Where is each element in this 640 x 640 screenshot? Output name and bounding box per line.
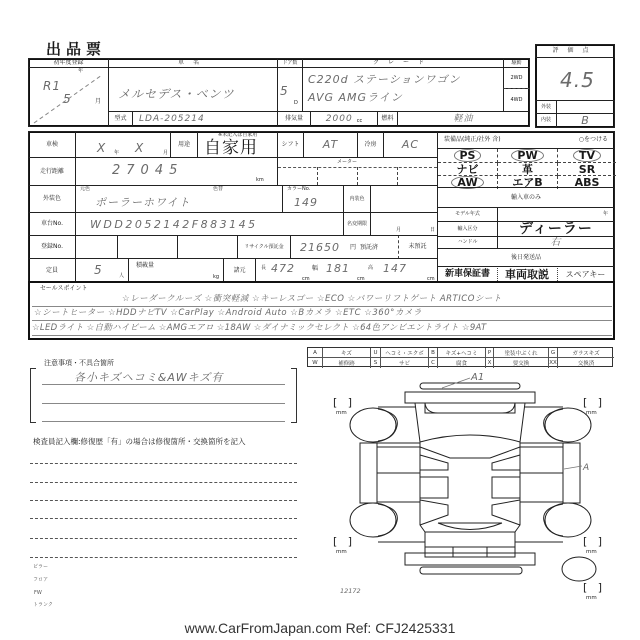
first-reg-year: R1 — [43, 80, 61, 92]
front-bumper-strip — [420, 383, 520, 389]
height-value: 147 — [383, 263, 407, 274]
registration-label: 登録No. — [28, 235, 76, 259]
legend-code: A — [308, 348, 323, 358]
damage-mark-line — [564, 466, 582, 469]
inspector-side-label: ピラー — [33, 565, 48, 570]
legend-code: X — [486, 358, 494, 368]
import-only-label: 輸入車のみ — [437, 187, 615, 208]
model-year-unit: 年 — [603, 212, 608, 217]
recycle-unit: 円 — [350, 245, 356, 251]
inspector-rule — [30, 463, 297, 464]
tread-bracket-spare: [ ] — [583, 581, 602, 594]
meter-digit-divider — [317, 167, 318, 185]
tread-unit-fr: mm — [586, 410, 597, 416]
legend-code: S — [371, 358, 381, 368]
legend-code: G — [549, 348, 558, 358]
rear-seats — [420, 477, 520, 498]
legend-label: 要交換 — [494, 358, 549, 368]
equipment-label: PW — [511, 149, 543, 162]
chassis-cell: WDD2052142F883145 — [75, 212, 344, 236]
notes-text: 各小キズヘコミ&AWキズ有 — [74, 372, 223, 383]
inspector-side-label: トランク — [33, 603, 53, 608]
legend-code: W — [308, 358, 323, 368]
exterior-color-label: 外装色 — [28, 185, 76, 213]
inspector-rule — [30, 557, 297, 558]
usage-label: 用途 — [170, 131, 198, 158]
registration-cell-3 — [177, 235, 238, 259]
equipment-label: SR — [573, 163, 601, 176]
fuel-cell: 軽油 — [397, 111, 530, 127]
chassis-label: 車台No. — [28, 212, 76, 236]
recycle-paid: 預託済 — [360, 245, 378, 251]
legend-label: サビ — [381, 358, 429, 368]
width-label: 幅 — [312, 266, 318, 272]
damage-code-legend: A キズ U ヘコミ・エクボ B キズ+ヘコミ P 塗装中ぶくれ G ガラスキズ… — [307, 347, 613, 367]
legend-label: ヘコミ・エクボ — [381, 348, 429, 358]
load-unit: kg — [213, 275, 219, 280]
meter-digit-divider — [397, 167, 398, 185]
inspector-rule — [30, 482, 297, 483]
equipment-header-label: 装備品(純正/社外 含) — [444, 137, 501, 143]
a-pillars — [415, 403, 525, 442]
recycle-label: リサイクル預託金 — [237, 235, 291, 259]
score-value: 4.5 — [560, 70, 595, 90]
model-code-cell: LDA-205214 — [132, 111, 278, 127]
legend-label: ガラスキズ — [558, 348, 614, 358]
ac-cell: AC — [383, 131, 438, 158]
legend-label: キズ — [323, 348, 371, 358]
spec-label: 諸元 — [223, 258, 256, 283]
name-change-day-unit: 日 — [430, 228, 435, 233]
equipment-label: PS — [454, 149, 482, 162]
equipment-label: 革 — [516, 163, 539, 176]
tread-bracket-rr: [ ] — [583, 535, 602, 548]
form-title: 出品票 — [46, 42, 106, 57]
notes-rule — [42, 403, 285, 404]
legend-code: C — [429, 358, 438, 368]
model-code: LDA-205214 — [139, 115, 205, 124]
equipment-item-sunroof: SR — [558, 163, 616, 176]
sales-point-rule — [32, 320, 612, 321]
legend-code: P — [486, 348, 494, 358]
first-reg-month: 5 — [63, 93, 72, 105]
interior-color-label: 内装色 — [343, 185, 371, 213]
equipment-label: TV — [573, 149, 601, 162]
import-type-label: 輸入区分 — [437, 221, 498, 237]
hood — [425, 403, 515, 413]
name-change-cell — [370, 212, 438, 236]
shift-value: AT — [323, 139, 338, 150]
equipment-instruction: ○をつける — [579, 137, 608, 143]
damage-mark-front: A1 — [470, 372, 484, 383]
equipment-item-navi: ナビ — [438, 163, 498, 176]
body-outline — [420, 442, 520, 532]
import-type-cell: ディーラー — [497, 221, 615, 237]
sales-point-line-2: ☆シートヒーター ☆HDDナビTV ☆CarPlay ☆Android Auto… — [34, 309, 422, 318]
inspector-note: 12172 — [340, 587, 361, 595]
drive-2wd: 2WD — [503, 67, 530, 89]
doors-unit: D — [294, 101, 298, 106]
legend-label: 腐食 — [438, 358, 486, 368]
interior-score-label: 内装 — [535, 113, 557, 128]
height-label: 高 — [368, 266, 373, 271]
inspector-side-label: FW — [34, 591, 42, 596]
rear-window — [438, 523, 502, 530]
rear-quarter — [420, 500, 520, 525]
tread-unit-rl: mm — [336, 549, 347, 555]
usage-value: 自家用 — [204, 140, 258, 157]
inspector-rule — [30, 518, 297, 519]
grade-line-2: AVG AMGライン — [308, 92, 403, 103]
damage-mark-right: A — [582, 463, 589, 473]
mileage-unit: km — [256, 178, 264, 183]
notes-bracket-left — [30, 368, 36, 423]
sales-point-rule — [32, 306, 612, 307]
model-code-label: 型式 — [108, 111, 133, 127]
equipment-label: ナビ — [451, 163, 485, 176]
inspection-cell — [75, 131, 171, 158]
legend-label: 交換済 — [558, 358, 614, 368]
front-seats — [420, 455, 520, 470]
interior-color-cell — [370, 185, 438, 213]
exterior-score-cell — [556, 100, 615, 114]
tread-unit-rr: mm — [586, 549, 597, 555]
wheel-rear-left-rim — [378, 504, 397, 536]
legend-code: B — [429, 348, 438, 358]
ac-label: 冷房 — [357, 131, 384, 158]
model-year-label: モデル年式 — [437, 207, 498, 222]
left-rocker — [360, 443, 377, 503]
inspector-rule — [30, 500, 297, 501]
mileage-value: 27045 — [112, 164, 183, 177]
fuel-value: 軽油 — [453, 115, 473, 124]
original-color-label: 元色 — [80, 187, 90, 192]
legend-label: 補修跡 — [323, 358, 371, 368]
drive-4wd: 4WD — [503, 88, 530, 112]
name-change-month-unit: 月 — [396, 228, 401, 233]
grade-line-1: C220d ステーションワゴン — [308, 74, 461, 85]
displacement-value: 2000 — [326, 115, 353, 124]
sales-point-line-1: ☆レーダークルーズ ☆衝突軽減 ☆キーレスゴー ☆ECO ☆パワーリフトゲート … — [122, 295, 502, 304]
recycle-unpaid: 未預託 — [398, 235, 438, 259]
wheel-front-left-rim — [378, 409, 397, 441]
inspection-month: X — [135, 142, 144, 154]
notes-rule — [42, 421, 285, 422]
inspection-label: 車検 — [28, 131, 76, 158]
right-rocker — [563, 443, 580, 503]
import-type-value: ディーラー — [519, 222, 593, 236]
tread-bracket-fr: [ ] — [583, 396, 602, 409]
footer-reference: www.CarFromJapan.com Ref: CFJ2425331 — [0, 621, 640, 635]
width-value: 181 — [326, 263, 350, 274]
sales-point-line-3: ☆LEDライト ☆自動ハイビーム ☆AMGエアロ ☆18AW ☆ダイナミックセレ… — [32, 324, 487, 333]
first-reg-year-unit: 年 — [78, 69, 83, 74]
tread-bracket-fl: [ ] — [333, 396, 352, 409]
displacement-unit: cc — [357, 119, 363, 124]
mileage-label: 走行距離 — [28, 157, 76, 186]
capacity-label: 定員 — [28, 258, 76, 283]
ac-value: AC — [402, 139, 419, 150]
inspector-side-label: フロア — [33, 578, 48, 583]
equipment-item-pw: PW — [498, 149, 558, 163]
interior-score: B — [581, 115, 590, 126]
meter-digit-divider — [357, 167, 358, 185]
color-no-label: カラーNo. — [287, 187, 310, 192]
inspector-label: 検査員記入欄:修復歴「有」の場合は修復箇所・交換箇所を記入 — [33, 438, 246, 446]
legend-code: U — [371, 348, 381, 358]
notes-rule — [42, 384, 285, 385]
tread-unit-fl: mm — [336, 410, 347, 416]
displacement-label: 排気量 — [277, 111, 311, 127]
exterior-score-label: 外装 — [535, 100, 557, 114]
legend-label: キズ+ヘコミ — [438, 348, 486, 358]
doors-value: 5 — [280, 85, 289, 97]
spare-tire — [562, 557, 596, 581]
inspection-year: X — [97, 142, 106, 154]
later-shipment-label: 後日発送品 — [437, 248, 615, 267]
tread-bracket-rl: [ ] — [333, 535, 352, 548]
sales-point-rule — [32, 335, 612, 336]
length-value: 472 — [271, 263, 295, 274]
color-no: 149 — [294, 197, 318, 208]
model-year-cell: 年 — [497, 207, 615, 222]
rear-bumper-strip — [420, 567, 522, 574]
equipment-item-ps: PS — [438, 149, 498, 163]
equipment-header: 装備品(純正/社外 含) ○をつける — [437, 131, 615, 149]
wheel-rear-right-rim — [544, 504, 563, 536]
legend-code: XX — [549, 358, 558, 368]
load-label: 積載量 — [136, 263, 154, 269]
interior-score-cell: B — [556, 113, 615, 128]
left-doors — [377, 443, 420, 502]
name-change-label: 名変期限 — [343, 212, 371, 236]
windshield — [420, 435, 520, 458]
length-label: 長 — [261, 266, 266, 271]
displacement-cell: 2000 cc — [310, 111, 378, 127]
inspector-rule — [30, 538, 297, 539]
sales-point-label: セールスポイント — [40, 286, 87, 292]
chassis-number: WDD2052142F883145 — [90, 219, 258, 230]
equipment-item-tv: TV — [558, 149, 616, 163]
capacity-value: 5 — [94, 264, 103, 276]
car-damage-diagram: [ ] mm [ ] mm [ ] mm [ ] mm [ ] mm A1 A … — [320, 370, 640, 610]
handle-value: 右 — [551, 238, 562, 248]
registration-cell-1 — [75, 235, 118, 259]
notes-label: 注意事項・不具合箇所 — [44, 360, 114, 367]
original-color: ポーラーホワイト — [95, 197, 191, 208]
front-bumper — [405, 392, 535, 403]
color-change-label: 色替 — [213, 187, 223, 192]
meter-label: メーター — [337, 160, 357, 165]
inspection-month-unit: 月 — [163, 151, 168, 156]
fuel-label: 燃料 — [377, 111, 398, 127]
inspection-year-unit: 年 — [114, 151, 119, 156]
car-name: メルセデス・ベンツ — [118, 88, 235, 100]
equipment-item-leather: 革 — [498, 163, 558, 176]
legend-label: 塗装中ぶくれ — [494, 348, 549, 358]
notes-bracket-right — [291, 368, 297, 423]
equipment-grid: PS PW TV ナビ 革 SR AW エアB ABS — [437, 148, 615, 188]
first-reg-month-unit: 月 — [95, 99, 101, 105]
recycle-amount: 21650 — [300, 242, 340, 253]
shift-label: シフト — [277, 131, 304, 158]
capacity-unit: 人 — [119, 274, 124, 279]
registration-cell-2 — [117, 235, 178, 259]
tread-unit-spare: mm — [586, 595, 597, 601]
wheel-front-right-rim — [544, 409, 563, 441]
score-label: 評価点 — [535, 44, 615, 58]
right-doors — [520, 443, 563, 502]
shift-cell: AT — [303, 131, 358, 158]
